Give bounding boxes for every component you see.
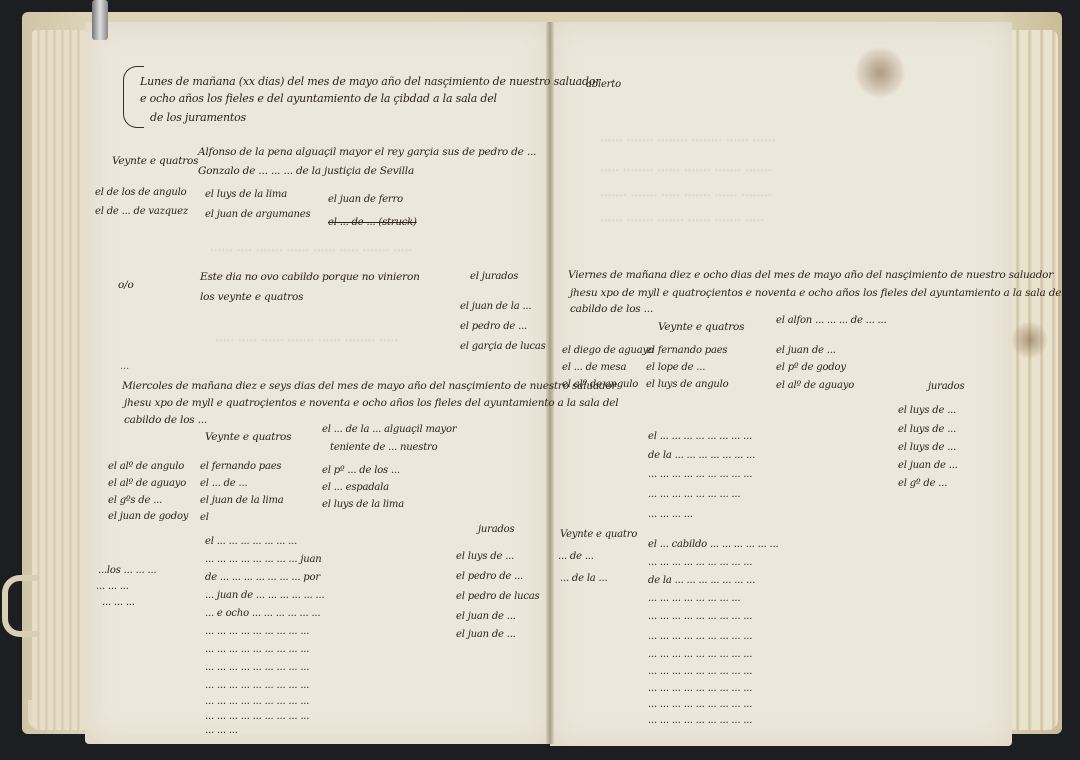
body-line: el ... ... ... ... ... ... ... ... bbox=[648, 432, 752, 442]
note-line: teniente de ... nuestro bbox=[330, 443, 437, 453]
entry-heading-line: jhesu xpo de myll e quatroçientos e nove… bbox=[570, 288, 1064, 299]
binding-strap bbox=[2, 575, 38, 637]
entry-heading-line: Lunes de mañana (xx dias) del mes de may… bbox=[140, 76, 600, 87]
body-line: ... ... ... ... ... ... ... ... juan bbox=[205, 555, 321, 565]
attendee: el luys de la lima bbox=[205, 190, 287, 200]
attendee: el gºs de ... bbox=[108, 496, 162, 506]
body-line: ... ... ... ... ... ... ... ... ... bbox=[648, 470, 752, 480]
body-line: de la ... ... ... ... ... ... ... bbox=[648, 451, 755, 461]
bleed-through: ........ ...... ....... ..... ....... ..… bbox=[600, 185, 772, 199]
note-line: el ... de la ... alguaçil mayor bbox=[322, 425, 456, 435]
bleed-through: ..... ....... ..... ...... ...... ......… bbox=[210, 240, 412, 254]
section-label: Veynte e quatros bbox=[658, 322, 744, 333]
bleed-through: ...... ...... ........ ........ ....... … bbox=[600, 130, 775, 144]
attendee: el alº de aguayo bbox=[776, 381, 854, 391]
rubric: ... bbox=[120, 362, 129, 372]
section-label: Veynte e quatros bbox=[205, 432, 291, 443]
attendee: el juan de ... bbox=[776, 346, 836, 356]
note-line: Gonzalo de ... ... ... de la justiçia de… bbox=[198, 166, 414, 177]
entry-heading-line: de los juramentos bbox=[150, 112, 246, 123]
attendee: el fernando paes bbox=[646, 346, 727, 356]
attendee: el alº de angulo bbox=[108, 462, 184, 472]
body-line: ... ... ... ... ... ... ... ... bbox=[648, 490, 740, 500]
attendee: el diego de aguayo bbox=[562, 346, 654, 356]
attendee: el juan de argumanes bbox=[205, 210, 310, 220]
attendee: el lope de ... bbox=[646, 363, 705, 373]
entry-heading-line: jhesu xpo de myll e quatroçientos e nove… bbox=[124, 398, 618, 409]
body-line: de ... ... ... ... ... ... ... por bbox=[205, 573, 320, 583]
jurado: el garçia de lucas bbox=[460, 342, 546, 352]
body-line: ... ... ... ... ... ... ... ... ... bbox=[648, 700, 752, 710]
margin-line: ... de la ... bbox=[560, 574, 608, 584]
entry-line: Este dia no ovo cabildo porque no vinier… bbox=[200, 272, 420, 283]
jurado: el pedro de ... bbox=[456, 572, 523, 582]
body-line: ... e ocho ... ... ... ... ... ... bbox=[205, 609, 320, 619]
attendee: el de los de angulo bbox=[95, 188, 186, 198]
manuscript-spread: ..... ....... ..... ...... ...... ......… bbox=[0, 0, 1080, 760]
entry-heading-line: e ocho años los fieles e del ayuntamient… bbox=[140, 93, 497, 104]
attendee: el juan de ferro bbox=[328, 195, 403, 205]
metal-clip bbox=[92, 0, 108, 40]
body-line: de la ... ... ... ... ... ... ... bbox=[648, 576, 755, 586]
entry-heading-line: cabildo de los ... bbox=[570, 304, 653, 315]
entry-heading-line: Miercoles de mañana diez e seys dias del… bbox=[122, 381, 617, 392]
entry-heading-line: cabildo de los ... bbox=[124, 415, 207, 426]
attendee: el bbox=[200, 513, 209, 523]
margin-line: ... de ... bbox=[558, 552, 594, 562]
entry-line: los veynte e quatros bbox=[200, 292, 303, 303]
body-line: ... ... ... ... bbox=[648, 510, 693, 520]
jurado: el luys de ... bbox=[898, 406, 956, 416]
jurado: el jurados bbox=[470, 272, 518, 282]
body-line: ... ... ... ... ... ... ... ... ... bbox=[205, 627, 309, 637]
body-line: ... ... ... ... ... ... ... ... ... bbox=[205, 697, 309, 707]
margin-mark: o/o bbox=[118, 280, 134, 291]
margin-line: Veynte e quatro bbox=[560, 530, 637, 540]
note-line: Alfonso de la pena alguaçil mayor el rey… bbox=[198, 147, 536, 158]
jurado: el pedro de ... bbox=[460, 322, 527, 332]
attendee: el juan de godoy bbox=[108, 512, 188, 522]
attendee: el alº de aguayo bbox=[108, 479, 186, 489]
bleed-through: ..... ........ ...... ....... ...... ...… bbox=[215, 330, 398, 344]
entry-heading-line: Viernes de mañana diez e ocho dias del m… bbox=[568, 270, 1053, 281]
top-mark: abierto bbox=[586, 80, 621, 90]
attendee: el pº de godoy bbox=[776, 363, 846, 373]
attendee: el luys de la lima bbox=[322, 500, 404, 510]
body-line: el ... ... ... ... ... ... ... bbox=[205, 537, 297, 547]
attendee: el ... de mesa bbox=[562, 363, 626, 373]
body-line: ... ... ... ... ... ... ... ... ... bbox=[648, 558, 752, 568]
body-line: ... ... ... ... ... ... ... ... ... bbox=[205, 681, 309, 691]
margin-line: ... ... ... bbox=[102, 598, 135, 608]
jurado: el luys de ... bbox=[898, 425, 956, 435]
margin-line: ...los ... ... ... bbox=[98, 566, 156, 576]
body-line: ... ... ... ... ... ... ... ... ... bbox=[648, 612, 752, 622]
body-line: ... ... ... ... ... ... ... ... bbox=[648, 594, 740, 604]
attendee: el fernando paes bbox=[200, 462, 281, 472]
body-line: ... juan de ... ... ... ... ... ... bbox=[205, 591, 324, 601]
attendee-struck: el ... de ... (struck) bbox=[328, 218, 417, 228]
attendee: el pº ... de los ... bbox=[322, 466, 400, 476]
body-line: ... ... ... ... ... ... ... ... ... bbox=[205, 645, 309, 655]
jurado: el luys de ... bbox=[898, 443, 956, 453]
bleed-through: ....... ....... ....... ...... ........ … bbox=[600, 160, 772, 174]
body-line: el ... cabildo ... ... ... ... ... ... bbox=[648, 540, 778, 550]
attendee: el alº de angulo bbox=[562, 380, 638, 390]
body-line: ... ... ... ... ... ... ... ... ... bbox=[648, 684, 752, 694]
jurado: el juan de ... bbox=[456, 630, 516, 640]
body-line: ... ... ... ... ... ... ... ... ... bbox=[648, 667, 752, 677]
jurado: el juan de ... bbox=[898, 461, 958, 471]
stain bbox=[1012, 320, 1047, 360]
jurados-label: jurados bbox=[478, 525, 514, 535]
attendee: el juan de la lima bbox=[200, 496, 284, 506]
jurados-label: jurados bbox=[928, 382, 964, 392]
body-line: ... ... ... bbox=[205, 726, 238, 736]
bleed-through: ..... ....... ...... ....... ....... ...… bbox=[600, 210, 764, 224]
body-line: ... ... ... ... ... ... ... ... ... bbox=[648, 650, 752, 660]
body-line: ... ... ... ... ... ... ... ... ... bbox=[205, 712, 309, 722]
jurado: el gº de ... bbox=[898, 479, 947, 489]
body-line: ... ... ... ... ... ... ... ... ... bbox=[648, 632, 752, 642]
jurado: el juan de ... bbox=[456, 612, 516, 622]
jurado: el pedro de lucas bbox=[456, 592, 539, 602]
body-line: ... ... ... ... ... ... ... ... ... bbox=[648, 716, 752, 726]
attendee: el ... espadala bbox=[322, 483, 389, 493]
margin-label: Veynte e quatros bbox=[112, 156, 198, 167]
note-line: el alfon ... ... ... de ... ... bbox=[776, 316, 887, 326]
jurado: el juan de la ... bbox=[460, 302, 531, 312]
stain bbox=[855, 45, 905, 100]
right-page-stack bbox=[1008, 30, 1058, 730]
attendee: el ... de ... bbox=[200, 479, 247, 489]
body-line: ... ... ... ... ... ... ... ... ... bbox=[205, 663, 309, 673]
jurado: el luys de ... bbox=[456, 552, 514, 562]
margin-line: ... ... ... bbox=[96, 582, 129, 592]
attendee: el de ... de vazquez bbox=[95, 207, 188, 217]
attendee: el luys de angulo bbox=[646, 380, 728, 390]
